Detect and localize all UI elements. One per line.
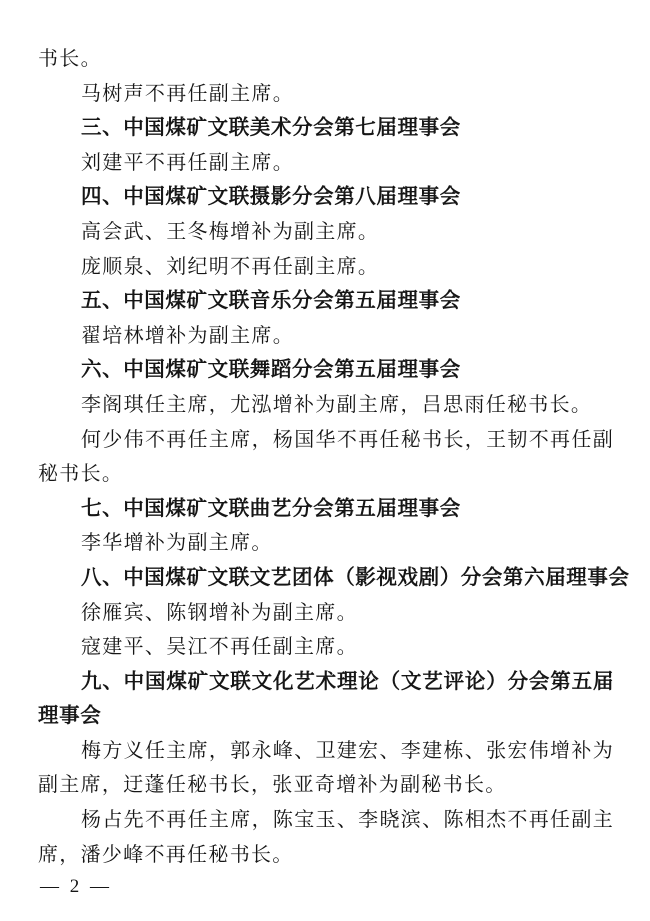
body-text-line: 席，潘少峰不再任秘书长。 [38,838,614,873]
document-body: 书长。马树声不再任副主席。三、中国煤矿文联美术分会第七届理事会刘建平不再任副主席… [38,42,614,872]
body-text-line: 李华增补为副主席。 [38,526,614,561]
body-text-line: 何少伟不再任主席，杨国华不再任秘书长，王韧不再任副 [38,423,614,458]
body-text-line: 马树声不再任副主席。 [38,77,614,112]
body-text-line: 徐雁宾、陈钢增补为副主席。 [38,596,614,631]
section-heading-line: 七、中国煤矿文联曲艺分会第五届理事会 [38,492,614,527]
body-text-line: 翟培林增补为副主席。 [38,319,614,354]
section-heading-line: 九、中国煤矿文联文化艺术理论（文艺评论）分会第五届 [38,665,614,700]
body-text-line: 梅方义任主席，郭永峰、卫建宏、李建栋、张宏伟增补为 [38,734,614,769]
body-text-line: 寇建平、吴江不再任副主席。 [38,630,614,665]
body-text-line: 副主席，迂蓬任秘书长，张亚奇增补为副秘书长。 [38,768,614,803]
document-page: 书长。马树声不再任副主席。三、中国煤矿文联美术分会第七届理事会刘建平不再任副主席… [0,0,650,921]
body-text-line: 书长。 [38,42,614,77]
section-heading-line: 理事会 [38,699,614,734]
page-number: — 2 — [40,876,112,898]
section-heading-line: 三、中国煤矿文联美术分会第七届理事会 [38,111,614,146]
body-text-line: 秘书长。 [38,457,614,492]
body-text-line: 李阁琪任主席，尤泓增补为副主席，吕思雨任秘书长。 [38,388,614,423]
body-text-line: 杨占先不再任主席，陈宝玉、李晓滨、陈相杰不再任副主 [38,803,614,838]
section-heading-line: 六、中国煤矿文联舞蹈分会第五届理事会 [38,353,614,388]
section-heading-line: 八、中国煤矿文联文艺团体（影视戏剧）分会第六届理事会 [38,561,614,596]
section-heading-line: 四、中国煤矿文联摄影分会第八届理事会 [38,180,614,215]
body-text-line: 高会武、王冬梅增补为副主席。 [38,215,614,250]
section-heading-line: 五、中国煤矿文联音乐分会第五届理事会 [38,284,614,319]
body-text-line: 庞顺泉、刘纪明不再任副主席。 [38,250,614,285]
body-text-line: 刘建平不再任副主席。 [38,146,614,181]
